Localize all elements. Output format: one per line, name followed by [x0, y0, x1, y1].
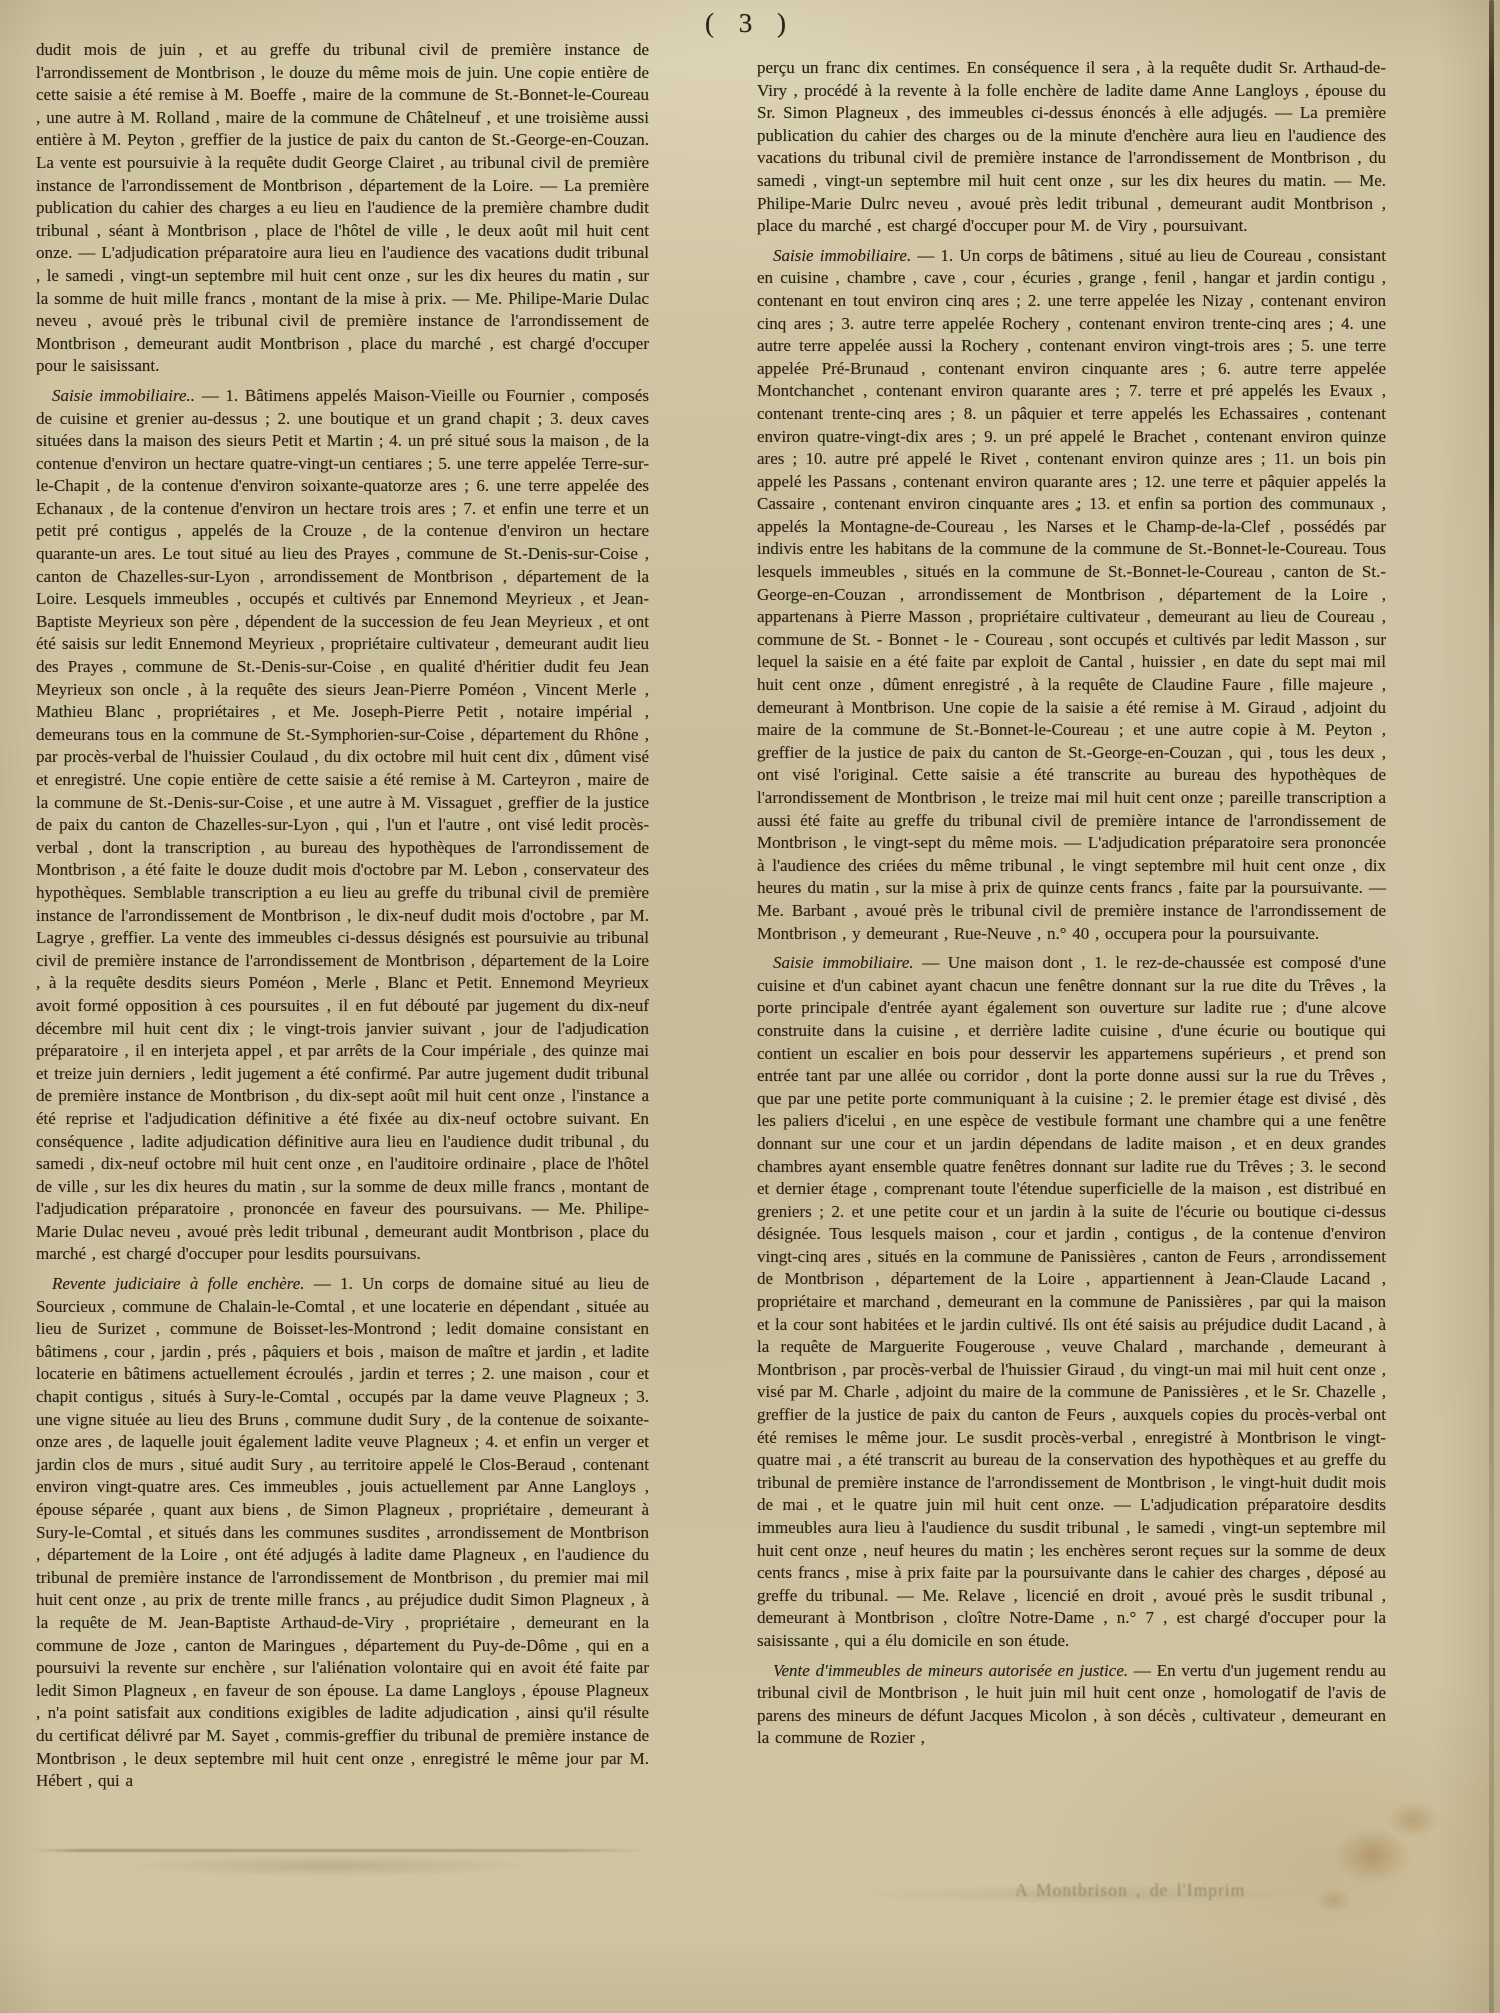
legal-notice-saisie-immobiliaire-prayes: Saisie immobiliaire..— 1. Bâtimens appel… [36, 385, 649, 1266]
section-heading: Saisie immobiliaire. [773, 246, 917, 265]
paragraph-text: perçu un franc dix centimes. En conséque… [757, 58, 1386, 235]
section-heading: Vente d'immeubles de mineurs autorisée e… [773, 1661, 1134, 1680]
page-edge-shadow [1489, 0, 1494, 2013]
column-right: perçu un franc dix centimes. En conséque… [757, 57, 1386, 1757]
paragraph-text: — 1. Un corps de domaine situé au lieu d… [36, 1274, 649, 1790]
legal-notice-vente-mineurs: Vente d'immeubles de mineurs autorisée e… [757, 1660, 1386, 1750]
section-heading: Saisie immobiliaire. [773, 953, 922, 972]
paragraph-text: dudit mois de juin , et au greffe du tri… [36, 40, 649, 375]
section-heading: Saisie immobiliaire.. [52, 386, 202, 405]
legal-notice-saisie-immobiliaire-coureau: Saisie immobiliaire.— 1. Un corps de bât… [757, 245, 1386, 945]
legal-notice-revente-folle-enchere: Revente judiciaire à folle enchère.— 1. … [36, 1273, 649, 1793]
column-left: dudit mois de juin , et au greffe du tri… [36, 39, 649, 1800]
section-heading: Revente judiciaire à folle enchère. [52, 1274, 314, 1293]
scratch-mark [32, 1849, 650, 1852]
page-number: ( 3 ) [0, 8, 1500, 39]
legal-notice-continuation: perçu un franc dix centimes. En conséque… [757, 57, 1386, 238]
newspaper-page: ( 3 ) dudit mois de juin , et au greffe … [0, 0, 1500, 2013]
paragraph-text: — Une maison dont , 1. le rez-de-chaussé… [757, 953, 1386, 1650]
paragraph-text: — 1. Bâtimens appelés Maison-Vieille ou … [36, 386, 649, 1264]
paragraph-text: — 1. Un corps de bâtimens , situé au lie… [757, 246, 1386, 943]
legal-notice-saisie-immobiliaire-panissieres: Saisie immobiliaire.— Une maison dont , … [757, 952, 1386, 1652]
bleed-through-text: A Montbrison , de l'Imprim [1015, 1880, 1455, 1901]
legal-notice-continuation: dudit mois de juin , et au greffe du tri… [36, 39, 649, 378]
